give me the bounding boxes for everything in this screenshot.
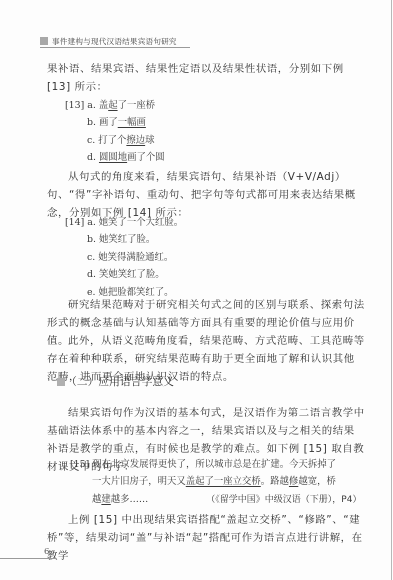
- example-14-c: c. 她笑得满脸通红。: [65, 249, 183, 266]
- underlined-text: 擦边: [126, 135, 145, 146]
- example-text: 。路越: [261, 476, 289, 487]
- underlined-text: 一幅画: [118, 117, 146, 128]
- example-14-a: [14] a. 她笑了一个大红脸。: [65, 214, 183, 231]
- running-title: 事件建构与现代汉语结果宾语句研究: [52, 36, 177, 47]
- running-header: 事件建构与现代汉语结果宾语句研究: [40, 35, 190, 48]
- example-15-line-2: 一大片旧房子，明天又盖起了一座立交桥。路越修越宽，桥: [70, 473, 370, 490]
- example-13-c: c. 打了个擦边球: [65, 132, 165, 149]
- example-13-a: [13] a. 盖起了一座桥: [65, 97, 165, 114]
- example-14-d: d. 笑她笑红了脸。: [65, 266, 183, 283]
- item-text: 球: [145, 135, 154, 146]
- example-15: [15] 现在北京发展得更快了，所以城市总是在扩建。今天拆掉了 一大片旧房子，明…: [70, 456, 370, 509]
- page-edge-rule: [391, 0, 392, 580]
- example-13: [13] a. 盖起了一座桥 b. 画了一幅画 c. 打了个擦边球 d. 圆圆地…: [65, 97, 165, 167]
- section-heading-text: （二）应用语言学意义: [66, 374, 174, 389]
- underlined-text: 圆圆地: [99, 152, 127, 163]
- underlined-text: 起: [108, 100, 117, 111]
- item-text: 打了个: [98, 135, 126, 146]
- example-number: [13]: [65, 100, 84, 111]
- example-text: 越多……: [111, 494, 149, 505]
- item-text: 笑她笑红了脸。: [99, 269, 165, 280]
- example-text: 一大片旧房子，明天又: [92, 476, 186, 487]
- item-text: 她笑红了脸。: [99, 234, 155, 245]
- item-label: d.: [87, 269, 96, 280]
- item-label: d.: [87, 152, 96, 163]
- item-text: 画了个圆: [127, 152, 165, 163]
- item-label: b.: [87, 117, 96, 128]
- example-text: 现在北京发展得更快了，所以城市总是在扩建。今天拆掉了: [92, 459, 336, 470]
- item-label: a.: [87, 100, 96, 111]
- item-text: 了一座桥: [118, 100, 156, 111]
- item-text: 她笑得满脸通红。: [98, 252, 173, 263]
- heading-square-icon: [57, 378, 65, 386]
- example-13-b: b. 画了一幅画: [65, 114, 165, 131]
- example-13-d: d. 圆圆地画了个圆: [65, 149, 165, 166]
- header-square-icon: [40, 37, 48, 45]
- example-14: [14] a. 她笑了一个大红脸。 b. 她笑红了脸。 c. 她笑得满脸通红。 …: [65, 214, 183, 301]
- item-label: c.: [87, 252, 95, 263]
- paragraph-1: 果补语、结果宾语、结果性定语以及结果性状语，分别如下例 [13] 所示：: [47, 60, 365, 96]
- example-source: （《留学中国》中级汉语（下册），P4）: [206, 495, 361, 505]
- example-number: [14]: [65, 217, 84, 228]
- item-label: c.: [87, 135, 95, 146]
- page-number: 6: [44, 547, 49, 557]
- item-text: 画了: [99, 117, 118, 128]
- example-14-b: b. 她笑红了脸。: [65, 231, 183, 248]
- item-label: b.: [87, 234, 96, 245]
- item-text: 盖: [99, 100, 108, 111]
- footer-rule: [0, 558, 56, 559]
- example-15-line-1: [15] 现在北京发展得更快了，所以城市总是在扩建。今天拆掉了: [70, 456, 370, 473]
- underlined-text: 建: [101, 494, 110, 505]
- example-number: [15]: [70, 459, 89, 470]
- underlined-text: 修: [289, 476, 298, 487]
- item-text: 她笑了一个大红脸。: [99, 217, 183, 228]
- item-label: a.: [87, 217, 96, 228]
- example-text: 越: [92, 494, 101, 505]
- underlined-text: 盖起了一座立交桥: [186, 476, 261, 487]
- example-text: 越宽，桥: [298, 476, 336, 487]
- paragraph-6: 上例 [15] 中出现结果宾语搭配“盖起立交桥”、“修路”、“建桥”等，结果动词…: [47, 511, 365, 565]
- example-15-line-3: 越建越多……（《留学中国》中级汉语（下册），P4）: [70, 491, 370, 509]
- section-heading: （二）应用语言学意义: [57, 374, 174, 389]
